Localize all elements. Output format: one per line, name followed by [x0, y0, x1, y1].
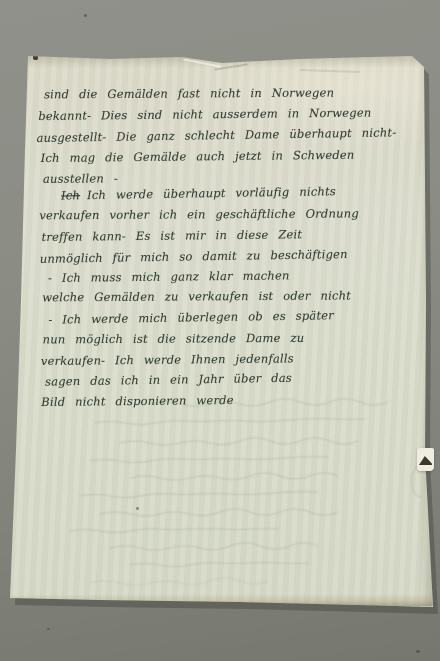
- handwritten-line: unmöglich für mich so damit zu beschäfti…: [40, 247, 348, 266]
- handwritten-line: - Ich werde mich überlegen ob es später: [48, 308, 334, 326]
- handwritten-line: ausstellen -: [43, 171, 118, 185]
- handwritten-line: verkaufen- Ich werde Ihnen jedenfalls: [41, 351, 294, 368]
- handwritten-line: IchIch werde überhaupt vorläufig nichts: [61, 184, 336, 202]
- background-speck: [47, 628, 50, 630]
- letter-page: sind die Gemälden fast nicht in Norwegen…: [0, 0, 440, 661]
- handwritten-text-block: sind die Gemälden fast nicht in Norwegen…: [0, 0, 440, 661]
- struck-out-word: Ich: [61, 188, 80, 202]
- handwritten-line: welche Gemälden zu verkaufen ist oder ni…: [42, 288, 351, 304]
- handwritten-line: Ich mag die Gemälde auch jetzt in Schwed…: [41, 148, 355, 165]
- handwritten-line: nun möglich ist die sitzende Dame zu: [43, 331, 305, 347]
- handwritten-line: bekannt- Dies sind nicht ausserdem in No…: [38, 106, 371, 123]
- handwritten-line: verkaufen vorher ich ein geschäftliche O…: [39, 206, 359, 222]
- handwritten-line: sagen das ich in ein Jahr über das: [45, 371, 292, 389]
- handwritten-line-text: Ich werde überhaupt vorläufig nichts: [87, 184, 336, 202]
- background-speck: [84, 14, 87, 17]
- background-speck: [416, 650, 420, 653]
- handwritten-line: sind die Gemälden fast nicht in Norwegen: [44, 86, 334, 102]
- handwritten-line: - Ich muss mich ganz klar machen: [48, 268, 290, 285]
- handwritten-line: Bild nicht disponieren werde: [41, 393, 234, 409]
- handwritten-line: ausgestellt- Die ganz schlecht Dame über…: [36, 125, 396, 145]
- handwritten-line: treffen kann- Es ist mir in diese Zeit: [41, 227, 302, 244]
